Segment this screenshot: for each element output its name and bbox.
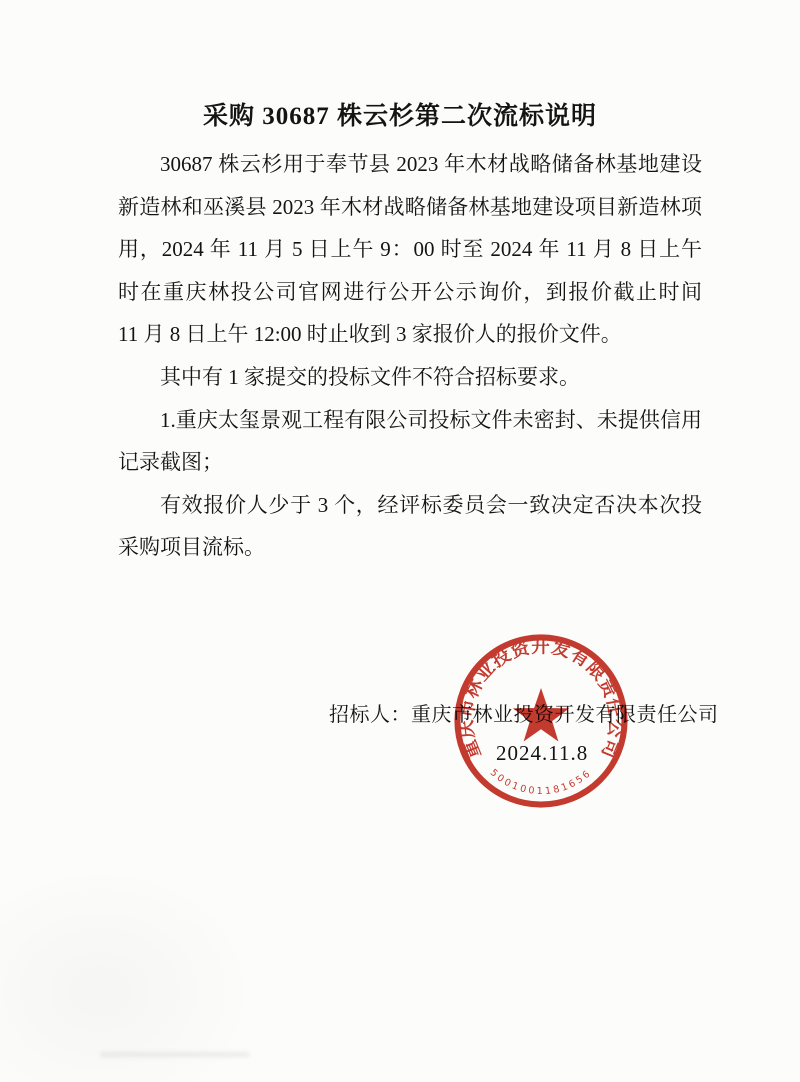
company-seal: 重庆市林业投资开发有限责任公司 5001001181656 [454, 634, 628, 808]
paragraph-line: 记录截图； [118, 441, 702, 484]
paragraph-line: 其中有 1 家提交的投标文件不符合招标要求。 [118, 356, 702, 399]
star-icon [513, 688, 569, 742]
paragraph-line: 11 月 8 日上午 12:00 时止收到 3 家报价人的报价文件。 [118, 313, 702, 356]
document-title: 采购 30687 株云杉第二次流标说明 [0, 96, 800, 132]
paragraph-line: 1.重庆太玺景观工程有限公司投标文件未密封、未提供信用查询 [118, 399, 702, 442]
paragraph-line: 时在重庆林投公司官网进行公开公示询价，到报价截止时间 2024 年 [118, 271, 702, 314]
seal-graphic: 重庆市林业投资开发有限责任公司 5001001181656 [454, 634, 628, 808]
document-page: 采购 30687 株云杉第二次流标说明 30687 株云杉用于奉节县 2023 … [0, 0, 800, 1082]
body-lines: 30687 株云杉用于奉节县 2023 年木材战略储备林基地建设项目新造林和巫溪… [118, 143, 702, 569]
scan-smudge [100, 1052, 250, 1057]
paragraph-line: 采购项目流标。 [118, 526, 702, 569]
paragraph-line: 新造林和巫溪县 2023 年木材战略储备林基地建设项目新造林项目使 [118, 186, 702, 229]
paragraph-line: 用，2024 年 11 月 5 日上午 9：00 时至 2024 年 11 月 … [118, 228, 702, 271]
paragraph-line: 30687 株云杉用于奉节县 2023 年木材战略储备林基地建设项目 [118, 143, 702, 186]
paragraph-line: 有效报价人少于 3 个，经评标委员会一致决定否决本次投标。该 [118, 484, 702, 527]
